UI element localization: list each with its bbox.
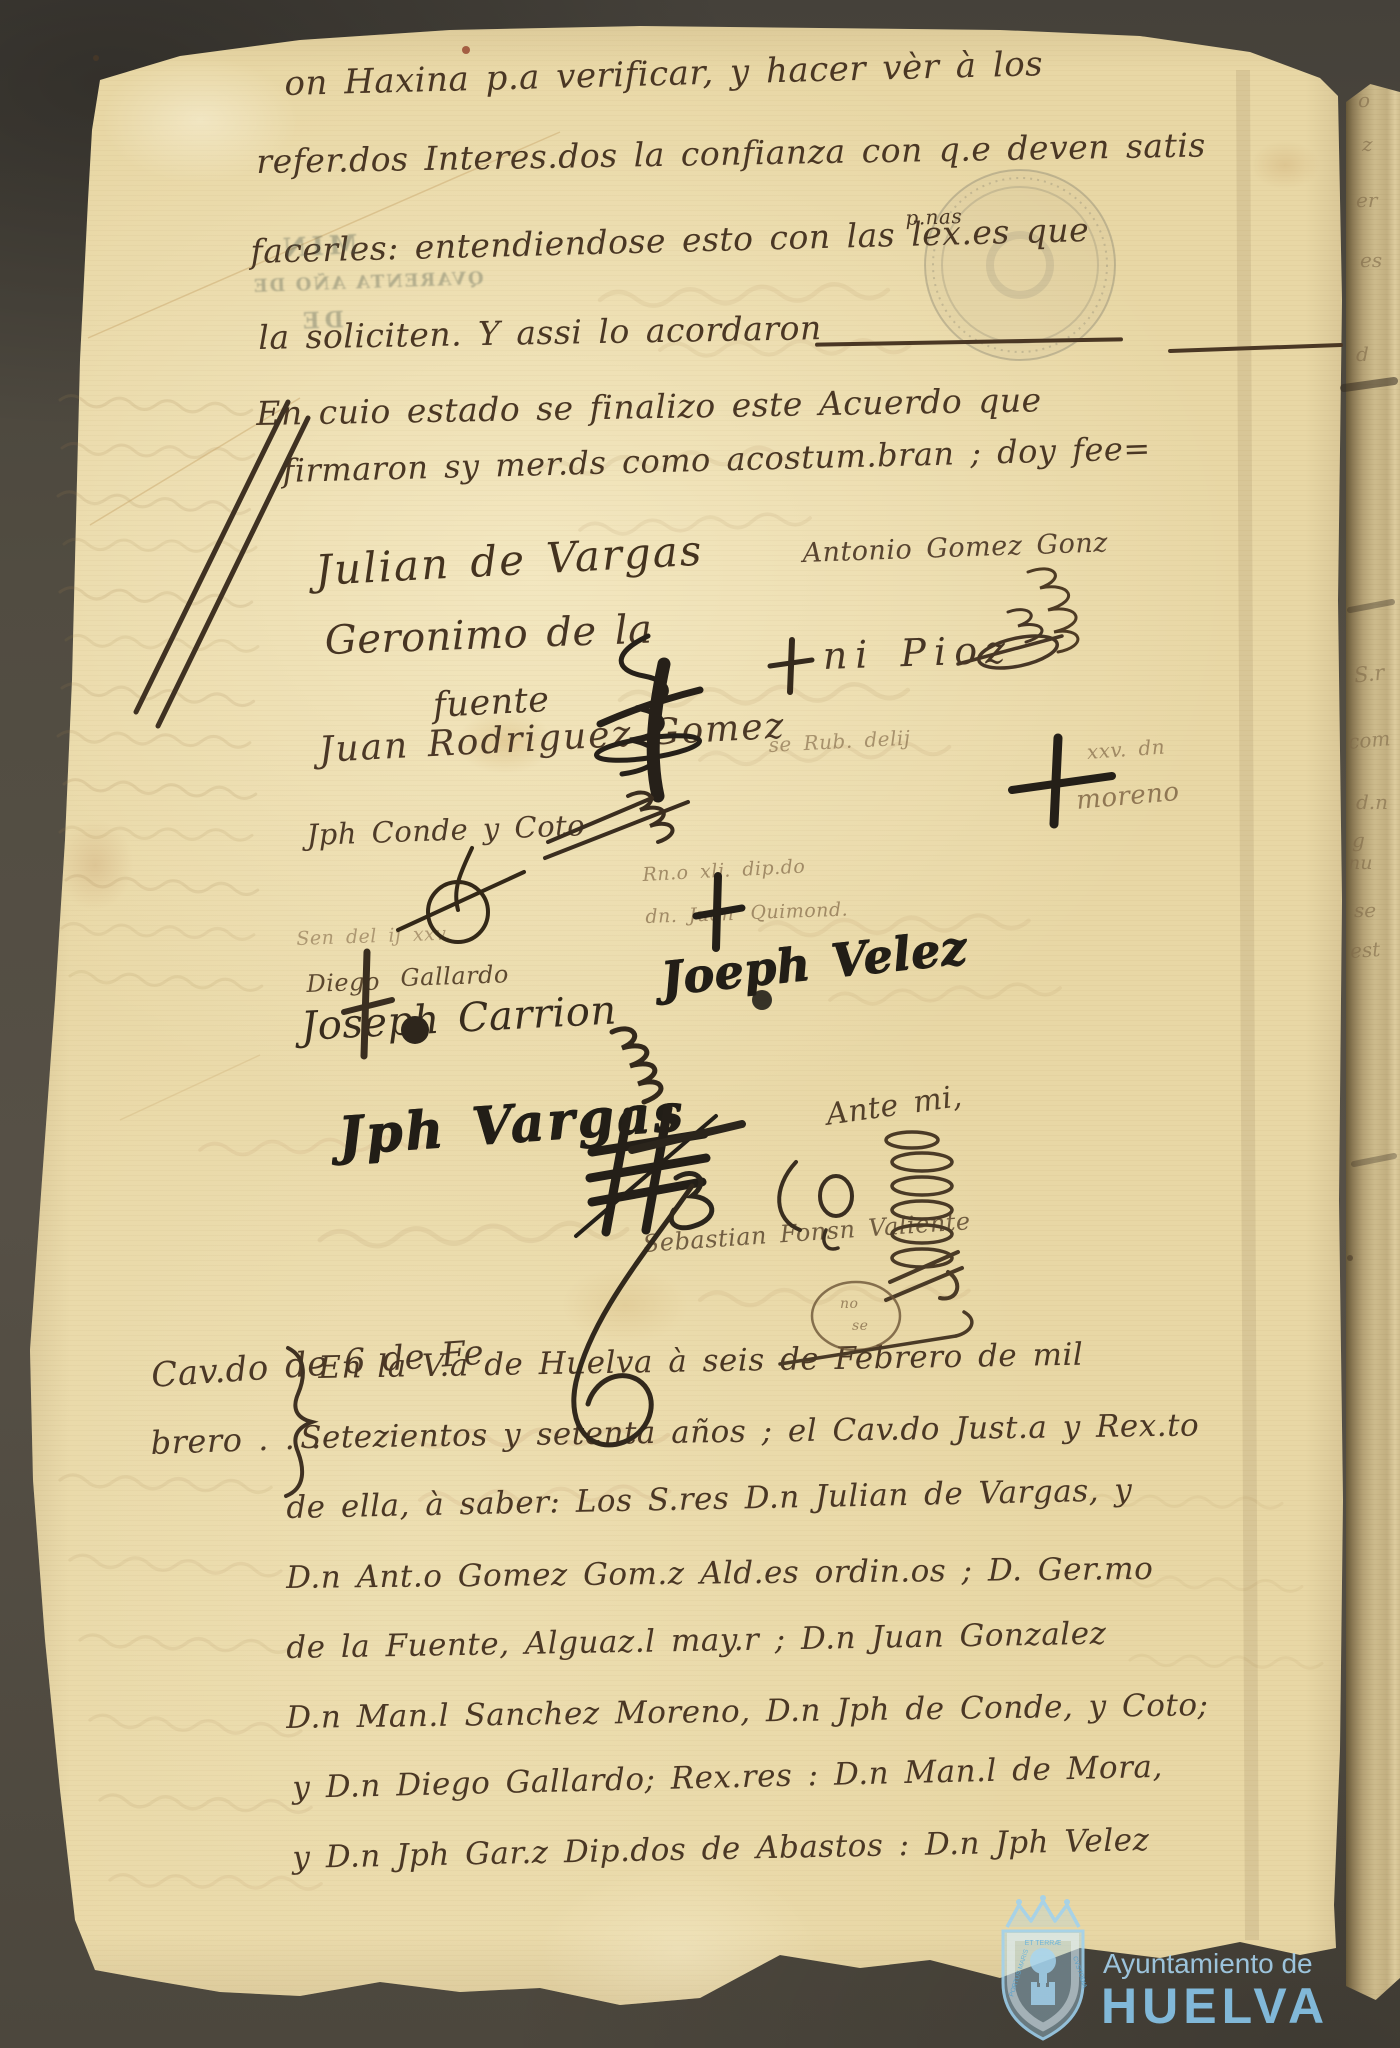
watermark-city-name: HUELVA bbox=[1101, 1978, 1329, 2034]
facing-page-text-fragment: d bbox=[1356, 342, 1369, 366]
facing-page-text-fragment: d.n bbox=[1356, 790, 1388, 814]
facing-page-text-fragment: g bbox=[1352, 828, 1365, 852]
bleed-print-line: MIN bbox=[277, 230, 358, 264]
shield-motto-right: CVSTODIA bbox=[1071, 1955, 1088, 1989]
superscript-note: p.nas bbox=[905, 204, 963, 230]
margin-note: brero . . . bbox=[150, 1418, 322, 1462]
facing-page-text-fragment: se bbox=[1354, 898, 1376, 922]
bleed-print-line: DE bbox=[298, 307, 345, 335]
facing-page-text-fragment: nu bbox=[1348, 852, 1372, 874]
facing-page-text-fragment: est bbox=[1349, 937, 1381, 963]
witness-mark: Quimond. bbox=[750, 899, 849, 924]
signature-cross-monogram: ni Pioz bbox=[822, 627, 1014, 678]
manuscript-scan: o z er es d S.r com d.n g nu se est bbox=[0, 0, 1400, 2048]
facing-page-text-fragment: es bbox=[1360, 248, 1382, 272]
signature-diego-gallardo: Diego bbox=[306, 967, 380, 998]
witness-mark: se bbox=[852, 1318, 868, 1334]
facing-page-text-fragment: z bbox=[1362, 132, 1373, 156]
signature-diego-gallardo: Gallardo bbox=[400, 960, 509, 992]
facing-page-text-fragment: o bbox=[1358, 88, 1370, 112]
facing-page-text-fragment: S.r bbox=[1353, 660, 1386, 687]
facing-page-text-fragment: com bbox=[1347, 726, 1391, 754]
facing-page-text-fragment: er bbox=[1356, 188, 1377, 212]
witness-mark: dn. Juan bbox=[645, 903, 735, 928]
witness-mark: no bbox=[840, 1296, 858, 1312]
facing-page-edge bbox=[1346, 84, 1400, 2000]
manuscript-page bbox=[0, 0, 1400, 2048]
